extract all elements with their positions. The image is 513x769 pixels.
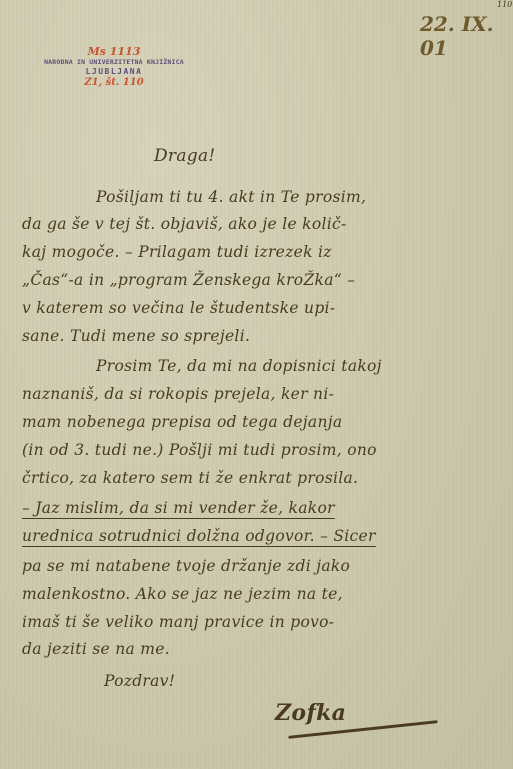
manuscript-number: Ms 1113 xyxy=(44,46,184,58)
letter-line: črtico, za katero sem ti že enkrat prosi… xyxy=(22,469,358,487)
letter-line: „Čas“-a in „program Ženskega kroŽka“ – xyxy=(22,271,355,289)
letter-line: naznaniš, da si rokopis prejela, ker ni- xyxy=(22,385,334,403)
letter-line: imaš ti še veliko manj pravice in povo- xyxy=(22,613,334,631)
salutation: Draga! xyxy=(154,146,216,166)
letter-line: da jeziti se na me. xyxy=(22,640,170,658)
letter-line-underlined: – Jaz mislim, da si mi vender že, kakor xyxy=(22,499,335,517)
archive-date-note: 22. IX. 01 xyxy=(420,12,513,60)
letter-line: pa se mi natabene tvoje držanje zdi jako xyxy=(22,557,350,575)
letter-line: malenkostno. Ako se jaz ne jezim na te, xyxy=(22,585,343,603)
letter-line-underlined: urednica sotrudnici dolžna odgovor. – Si… xyxy=(22,527,376,545)
library-city: LJUBLJANA xyxy=(44,67,184,77)
letter-line: (in od 3. tudi ne.) Pošlji mi tudi prosi… xyxy=(22,441,377,459)
library-stamp: Ms 1113 NARODNA IN UNIVERZITETNA KNJIŽNI… xyxy=(44,46,184,88)
closing: Pozdrav! xyxy=(104,672,175,690)
library-name: NARODNA IN UNIVERZITETNA KNJIŽNICA xyxy=(44,58,184,67)
letter-line: v katerem so večina le študentske upi- xyxy=(22,299,335,317)
shelfmark: Z1, št. 110 xyxy=(44,77,184,88)
folio-number: 110 xyxy=(497,0,512,9)
letter-line: Prosim Te, da mi na dopisnici takoj xyxy=(96,357,382,375)
letter-line: mam nobenega prepisa od tega dejanja xyxy=(22,413,342,431)
letter-line: da ga še v tej št. objaviš, ako je le ko… xyxy=(22,215,347,233)
letter-line: Pošiljam ti tu 4. akt in Te prosim, xyxy=(96,188,366,206)
letter-line: kaj mogoče. – Prilagam tudi izrezek iz xyxy=(22,243,332,261)
signature: Zofka xyxy=(275,700,346,726)
letter-line: sane. Tudi mene so sprejeli. xyxy=(22,327,250,345)
